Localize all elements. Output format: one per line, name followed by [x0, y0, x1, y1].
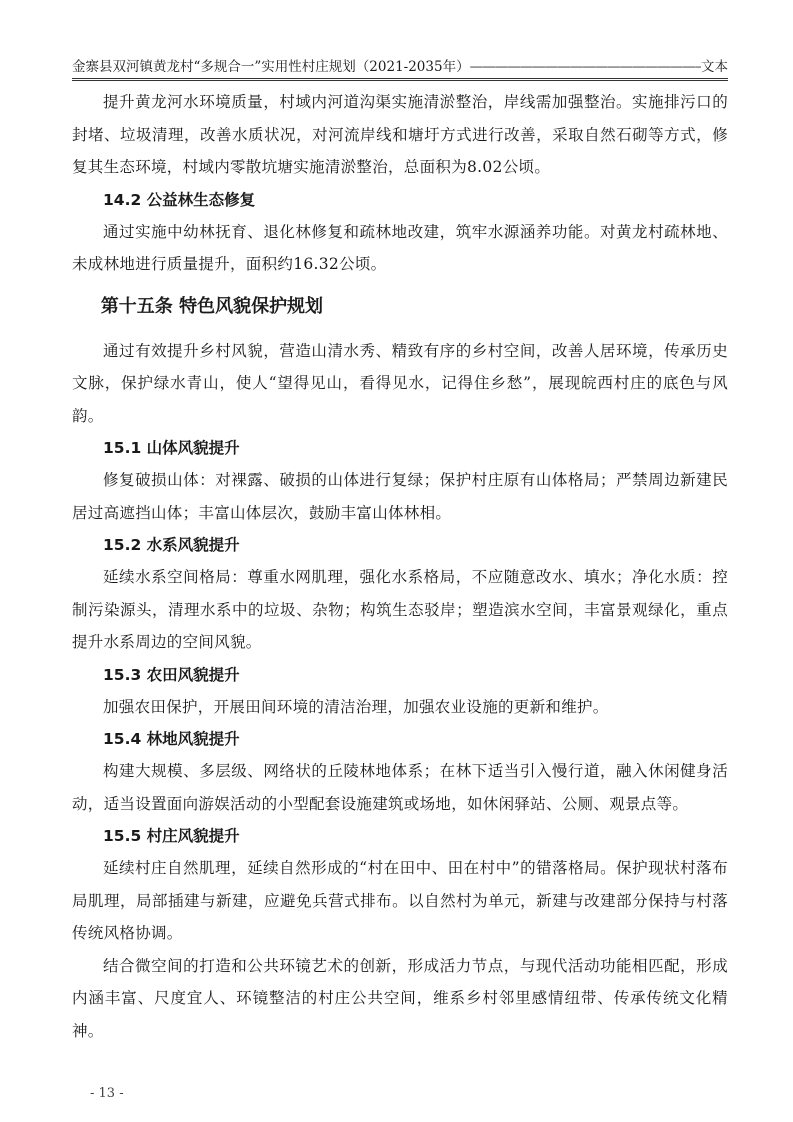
- paragraph-farmland: 加强农田保护，开展田间环境的清洁治理，加强农业设施的更新和维护。: [72, 691, 728, 724]
- running-header: 金寨县双河镇黄龙村“多规合一”实用性村庄规划（2021-2035年） —————…: [72, 58, 728, 81]
- article-heading-15: 第十五条 特色风貌保护规划: [72, 291, 728, 323]
- document-section-label: 文本: [701, 58, 728, 76]
- subheading-15-1: 15.1 山体风貌提升: [72, 432, 728, 464]
- subheading-15-5: 15.5 村庄风貌提升: [72, 820, 728, 852]
- document-title: 金寨县双河镇黄龙村“多规合一”实用性村庄规划（2021-2035年）: [72, 58, 470, 76]
- subheading-15-2: 15.2 水系风貌提升: [72, 529, 728, 561]
- page-body: 提升黄龙河水环境质量，村域内河道沟渠实施清淤整治，岸线需加强整治。实施排污口的封…: [72, 86, 728, 1047]
- paragraph-mountain: 修复破损山体：对裸露、破损的山体进行复绿；保护村庄原有山体格局；严禁周边新建民居…: [72, 464, 728, 529]
- header-dash-leader: ————————————————————————————————————: [470, 58, 701, 76]
- subheading-15-4: 15.4 林地风貌提升: [72, 723, 728, 755]
- paragraph-landscape-intro: 通过有效提升乡村风貌，营造山清水秀、精致有序的乡村空间，改善人居环境，传承历史文…: [72, 335, 728, 433]
- paragraph-water-environment: 提升黄龙河水环境质量，村域内河道沟渠实施清淤整治，岸线需加强整治。实施排污口的封…: [72, 86, 728, 184]
- paragraph-woodland: 构建大规模、多层级、网络状的丘陵林地体系；在林下适当引入慢行道，融入休闲健身活动…: [72, 755, 728, 820]
- subheading-15-3: 15.3 农田风貌提升: [72, 659, 728, 691]
- paragraph-public-space: 结合微空间的打造和公共环镜艺术的创新，形成活力节点，与现代活动功能相匹配，形成内…: [72, 950, 728, 1048]
- page-number: - 13 -: [90, 1086, 124, 1101]
- paragraph-village-texture: 延续村庄自然肌理，延续自然形成的“村在田中、田在村中”的错落格局。保护现状村落布…: [72, 852, 728, 950]
- paragraph-forest-restoration: 通过实施中幼林抚育、退化林修复和疏林地改建，筑牢水源涵养功能。对黄龙村疏林地、未…: [72, 216, 728, 281]
- paragraph-water-system: 延续水系空间格局：尊重水网肌理，强化水系格局，不应随意改水、填水；净化水质：控制…: [72, 561, 728, 659]
- subheading-14-2: 14.2 公益林生态修复: [72, 184, 728, 216]
